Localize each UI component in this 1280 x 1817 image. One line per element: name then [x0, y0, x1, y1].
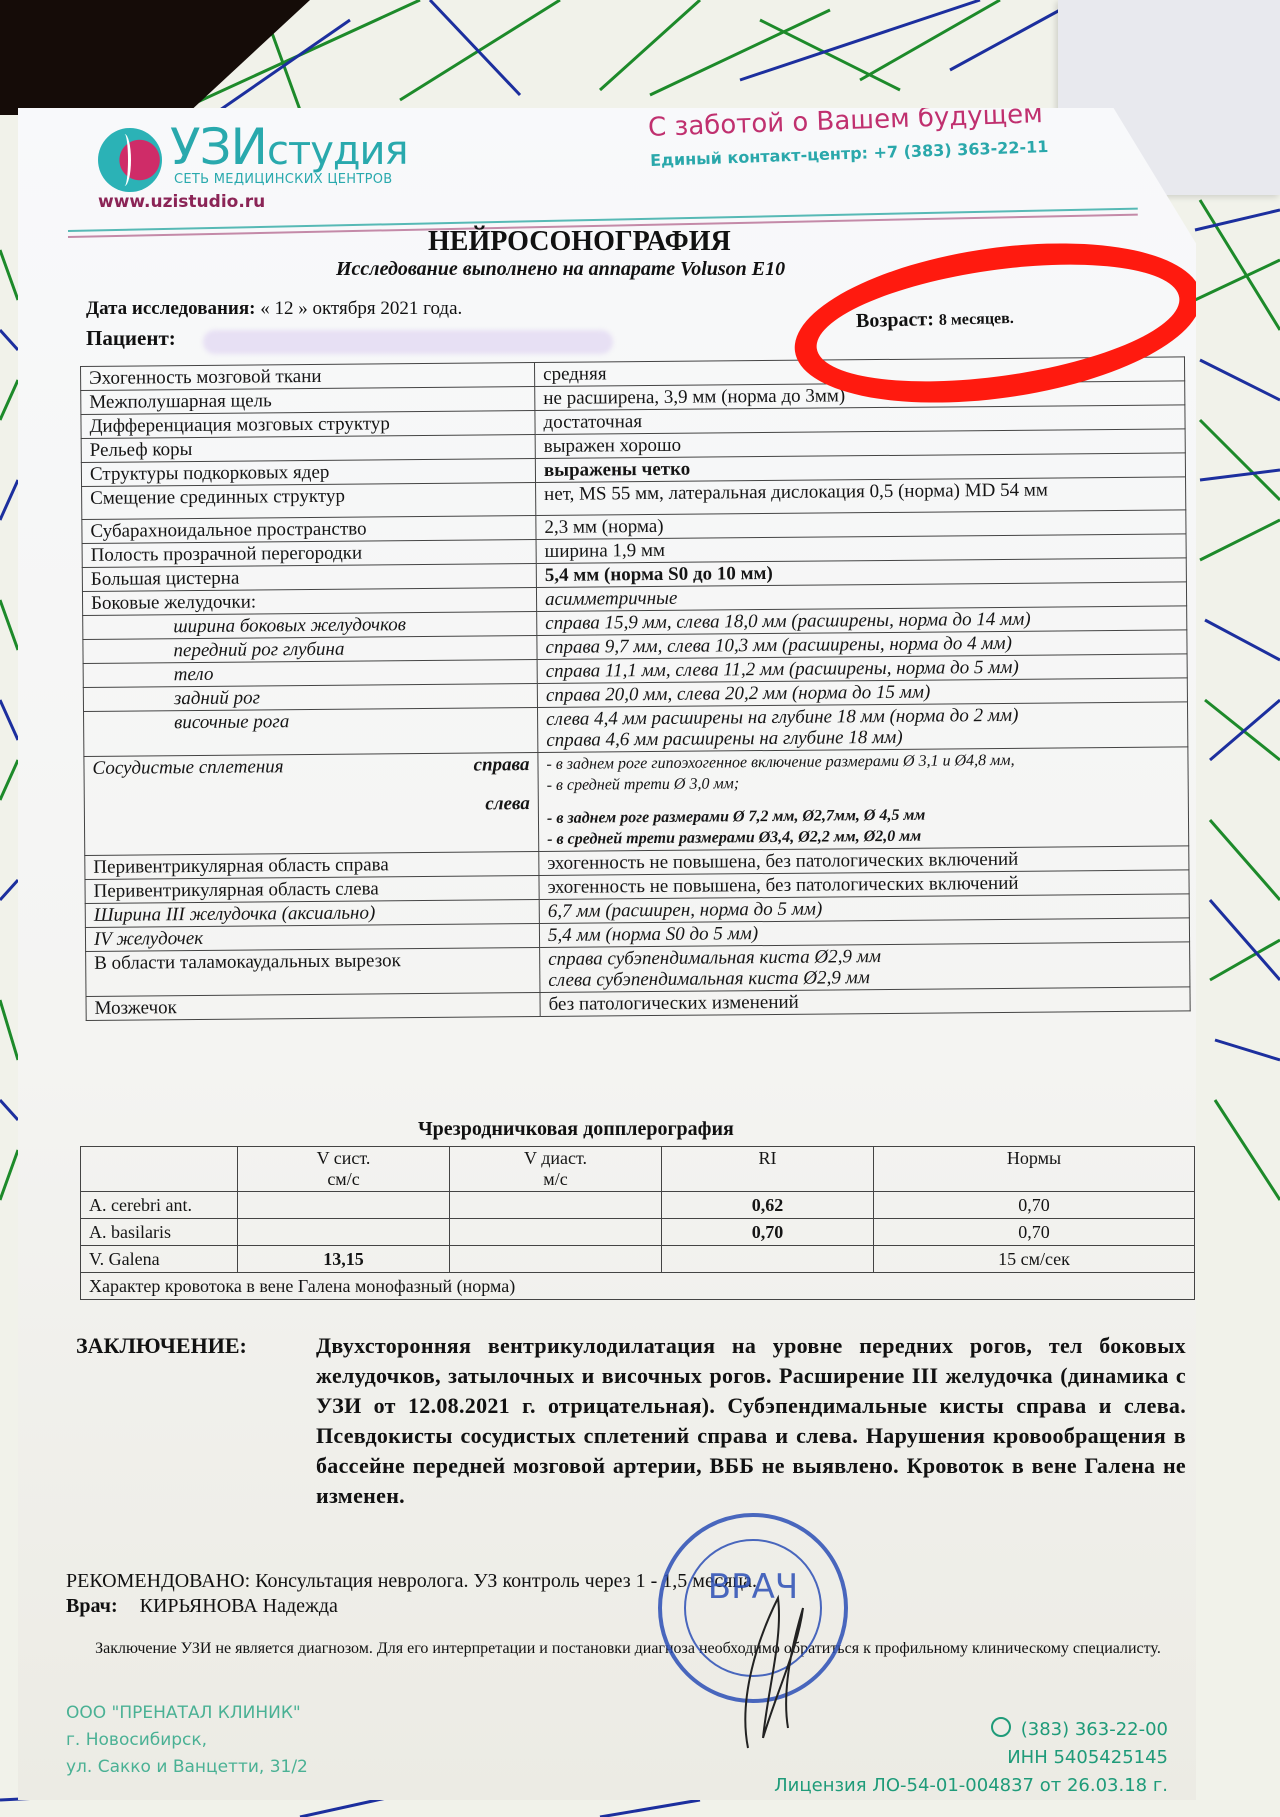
recommendation: РЕКОМЕНДОВАНО: Консультация невролога. У… — [66, 1570, 757, 1593]
doppler-cell — [238, 1219, 450, 1246]
footer-license: Лицензия ЛО-54-01-004837 от 26.03.18 г. — [774, 1772, 1168, 1800]
doppler-title: Чрезродничковая допплерография — [418, 1118, 734, 1141]
header-line: V диаст. — [458, 1148, 653, 1169]
doppler-row: A. basilaris 0,70 0,70 — [81, 1219, 1195, 1246]
logo-main-small: студия — [267, 128, 408, 174]
table-row-choroid-plexus: Сосудистые сплетениясправа слева - в зад… — [84, 747, 1189, 856]
disclaimer: Заключение УЗИ не является диагнозом. Дл… — [88, 1638, 1168, 1660]
doppler-row: A. cerebri ant. 0,62 0,70 — [81, 1192, 1195, 1219]
header-line: м/с — [458, 1169, 653, 1190]
exam-date-label: Дата исследования: — [86, 298, 255, 319]
clinic-logo-icon — [98, 128, 162, 192]
side-right-label: справа — [474, 754, 530, 775]
finding-value: без патологических изменений — [540, 987, 1190, 1017]
footer-phone: (383) 363-22-00 — [1021, 1719, 1168, 1740]
finding-label: височные рога — [84, 708, 538, 757]
doppler-cell: 13,15 — [238, 1246, 450, 1273]
doppler-cell: 0,70 — [662, 1219, 874, 1246]
doppler-note: Характер кровотока в вене Галена монофаз… — [81, 1273, 1195, 1300]
conclusion-label: ЗАКЛЮЧЕНИЕ: — [76, 1333, 247, 1359]
doppler-cell: 0,70 — [874, 1192, 1195, 1219]
finding-value: слева 4,4 мм расширены на глубине 18 мм … — [537, 702, 1187, 753]
footer-contacts: (383) 363-22-00 ИНН 5405425145 Лицензия … — [774, 1716, 1168, 1800]
footer-inn: ИНН 5405425145 — [774, 1744, 1168, 1772]
doctor-label: Врач: — [66, 1595, 118, 1617]
exam-date-value: « 12 » октября 2021 года. — [260, 298, 462, 319]
doppler-header-cell: V сист.см/с — [238, 1147, 450, 1192]
header-line: Нормы — [882, 1148, 1186, 1169]
footer-city: г. Новосибирск, — [66, 1727, 308, 1754]
finding-label: В области таламокаудальных вырезок — [86, 948, 540, 997]
doppler-row: V. Galena 13,15 15 см/сек — [81, 1246, 1195, 1273]
document-title: НЕЙРОСОНОГРАФИЯ — [428, 226, 731, 258]
doppler-cell: 15 см/сек — [874, 1246, 1195, 1273]
doppler-header-cell: V диаст.м/с — [450, 1147, 662, 1192]
header-line: см/с — [246, 1169, 441, 1190]
logo-subtitle: СЕТЬ МЕДИЦИНСКИХ ЦЕНТРОВ — [174, 172, 392, 187]
clinic-logo-text: УЗИстудия — [170, 118, 408, 176]
patient-name-redacted — [203, 330, 613, 354]
doppler-cell — [662, 1246, 874, 1273]
doppler-cell — [450, 1246, 662, 1273]
footer-company: ООО "ПРЕНАТАЛ КЛИНИК" г. Новосибирск, ул… — [66, 1700, 308, 1781]
finding-label: Смещение срединных структур — [82, 483, 536, 520]
doppler-note-row: Характер кровотока в вене Галена монофаз… — [81, 1273, 1195, 1300]
doctor-name: КИРЬЯНОВА Надежда — [140, 1595, 338, 1617]
doppler-cell: 0,70 — [874, 1219, 1195, 1246]
doppler-vessel: A. basilaris — [81, 1219, 238, 1246]
doppler-vessel: V. Galena — [81, 1246, 238, 1273]
finding-value: - в заднем роге гипоэхогенное включение … — [538, 747, 1189, 852]
patient-label: Пациент: — [86, 326, 176, 351]
header-line: RI — [670, 1148, 865, 1169]
doppler-cell — [450, 1219, 662, 1246]
finding-label: Мозжечок — [86, 993, 540, 1021]
document-subtitle: Исследование выполнено на аппарате Volus… — [336, 258, 785, 281]
phone-icon — [991, 1717, 1011, 1737]
doppler-table: V сист.см/с V диаст.м/с RI Нормы A. cere… — [80, 1146, 1195, 1300]
doppler-cell — [450, 1192, 662, 1219]
doctor: Врач:КИРЬЯНОВА Надежда — [66, 1595, 338, 1618]
finding-value: справа субэпендимальная киста Ø2,9 ммсле… — [540, 942, 1190, 993]
footer-company-name: ООО "ПРЕНАТАЛ КЛИНИК" — [66, 1700, 308, 1727]
contact-center: Единый контакт-центр: +7 (383) 363-22-11 — [650, 137, 1049, 170]
exam-date: Дата исследования: « 12 » октября 2021 г… — [86, 298, 462, 320]
doppler-header-cell: RI — [662, 1147, 874, 1192]
doppler-header-row: V сист.см/с V диаст.м/с RI Нормы — [81, 1147, 1195, 1192]
doppler-vessel: A. cerebri ant. — [81, 1192, 238, 1219]
doppler-cell — [238, 1192, 450, 1219]
footer-address: ул. Сакко и Ванцетти, 31/2 — [66, 1754, 308, 1781]
medical-report-sheet: УЗИстудия СЕТЬ МЕДИЦИНСКИХ ЦЕНТРОВ www.u… — [18, 108, 1196, 1800]
doppler-header-cell: Нормы — [874, 1147, 1195, 1192]
website-link[interactable]: www.uzistudio.ru — [98, 192, 265, 212]
findings-table: Эхогенность мозговой тканисредняя Межпол… — [80, 356, 1191, 1021]
conclusion-text: Двухсторонняя вентрикулодилатация на уро… — [316, 1331, 1186, 1511]
logo-main: УЗИ — [170, 118, 267, 176]
side-left-label: слева — [485, 793, 530, 814]
doppler-header-cell — [81, 1147, 238, 1192]
choroid-label: Сосудистые сплетения — [92, 756, 283, 779]
header-line: V сист. — [246, 1148, 441, 1169]
doppler-cell: 0,62 — [662, 1192, 874, 1219]
finding-label: Сосудистые сплетениясправа слева — [84, 753, 539, 856]
